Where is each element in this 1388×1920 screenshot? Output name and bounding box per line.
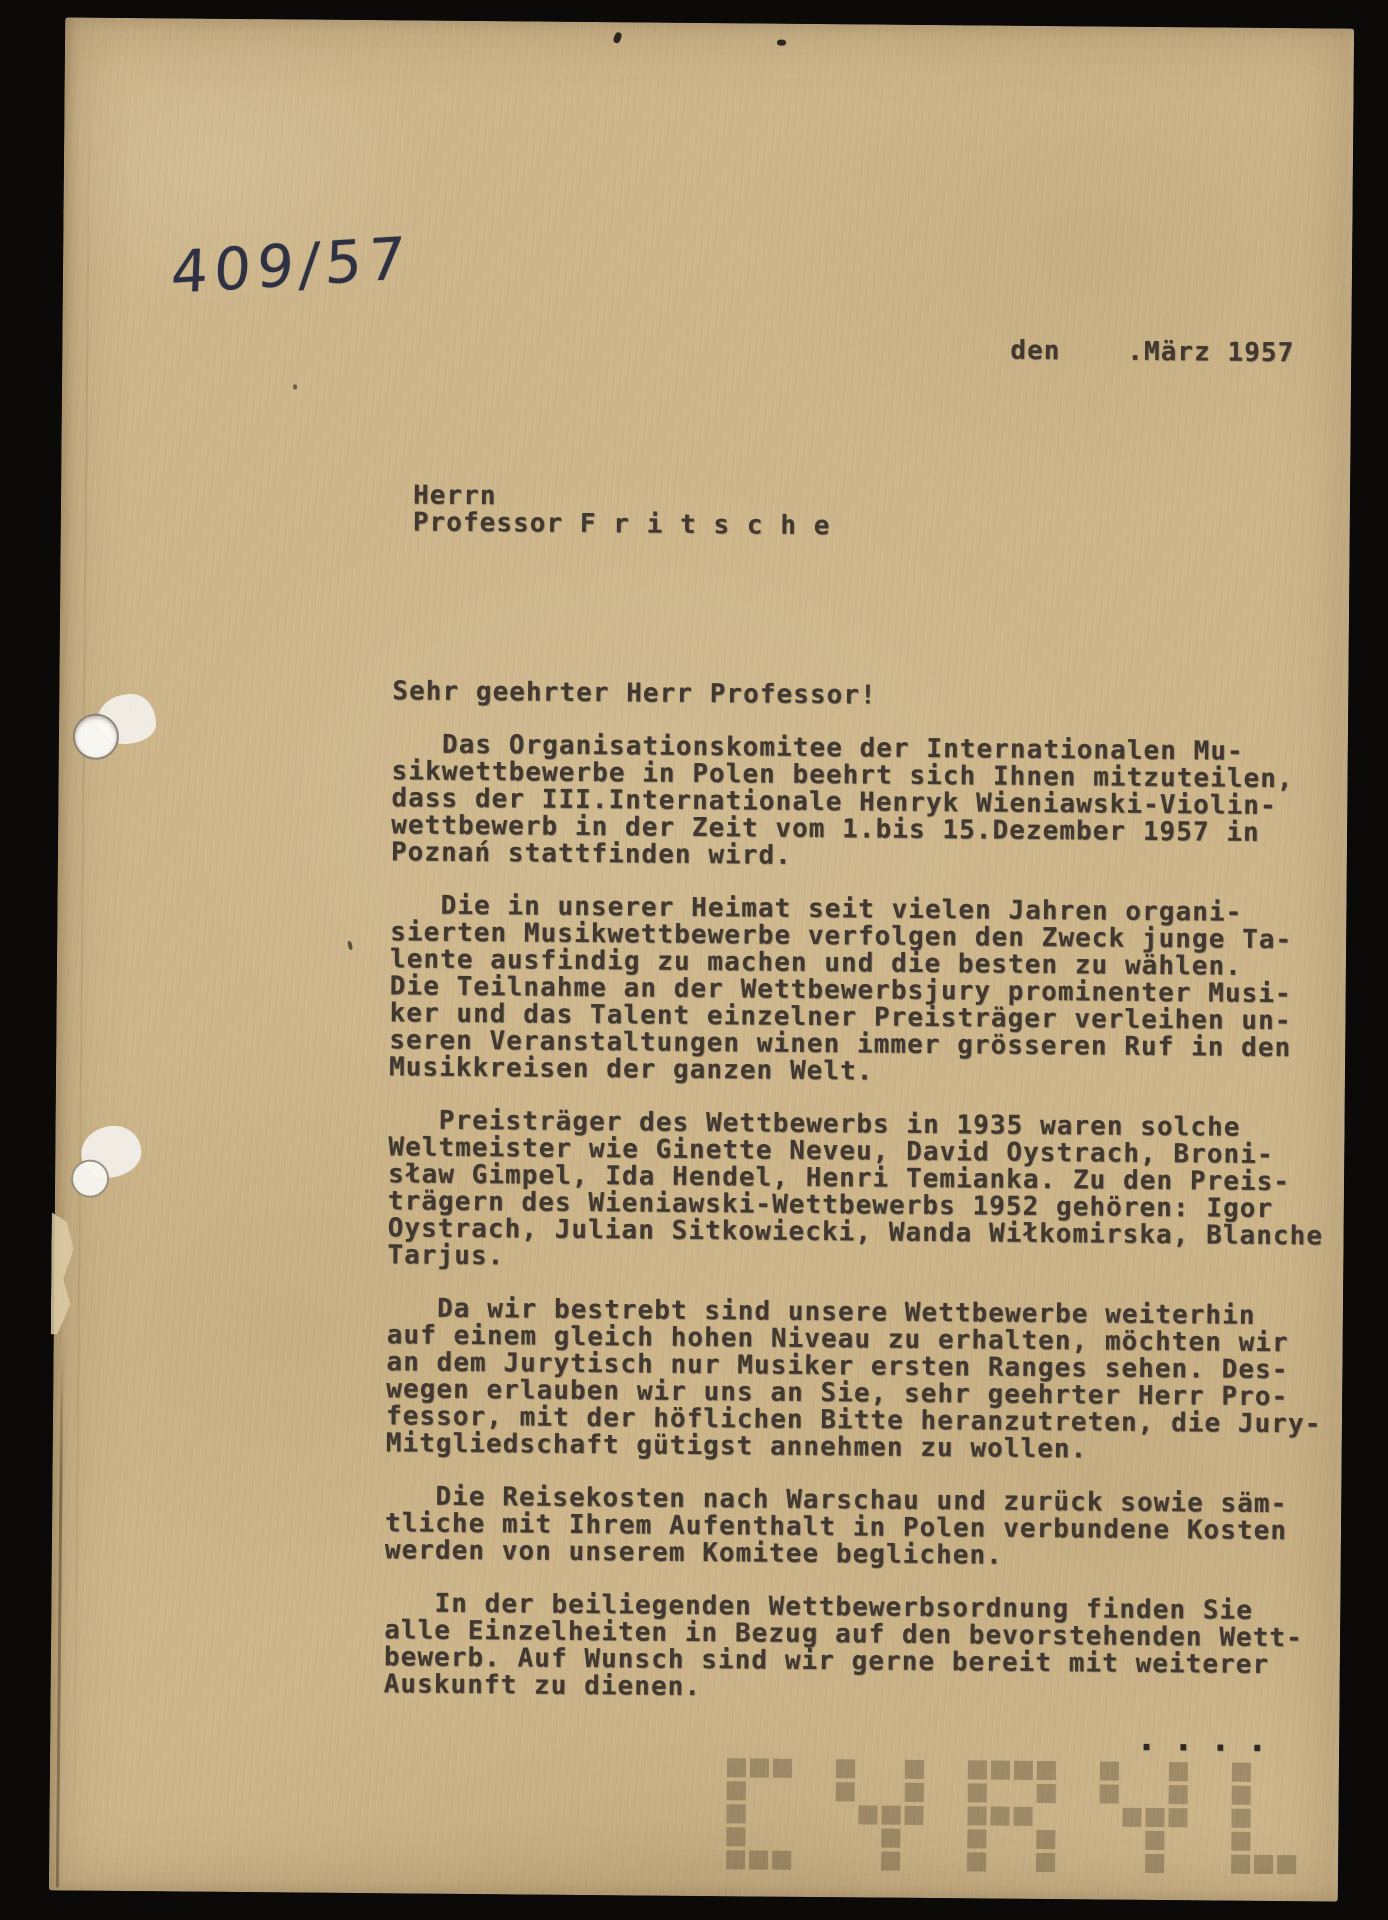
closing-dots: . . . . [1136, 1719, 1266, 1760]
letter-body: Sehr geehrter Herr Professor! Das Organi… [383, 678, 1327, 1732]
watermark-letter [835, 1759, 924, 1871]
salutation: Sehr geehrter Herr Professor! [392, 678, 1328, 713]
recipient-block: Herrn Professor F r i t s c h e [413, 482, 831, 540]
watermark-letter [1099, 1762, 1188, 1874]
watermark-letter [967, 1760, 1056, 1872]
paragraph-5: Die Reisekosten nach Warschau und zurück… [385, 1483, 1321, 1572]
paragraph-6: In der beiliegenden Wettbewerbsordnung f… [384, 1590, 1320, 1706]
ink-speck [777, 40, 786, 46]
letter-page: 409/57 den .März 1957 Herrn Professor F … [49, 17, 1354, 1901]
ink-speck [347, 941, 353, 951]
paper-edge-crease [56, 1347, 64, 1887]
date-line: den .März 1957 [1010, 338, 1294, 367]
watermark-letter [726, 1758, 792, 1870]
torn-paper-edge [51, 1212, 74, 1334]
paragraph-4: Da wir bestrebt sind unsere Wettbewerbe … [386, 1295, 1323, 1465]
cyryl-watermark [726, 1758, 1297, 1874]
paragraph-2: Die in unserer Heimat seit vielen Jahren… [389, 892, 1326, 1089]
hole-punch-reinforcement [73, 714, 119, 760]
paragraph-1: Das Organisationskomitee der Internation… [391, 731, 1328, 874]
handwritten-reference-number: 409/57 [170, 224, 413, 307]
ink-speck [293, 384, 297, 389]
ink-speck [612, 31, 622, 44]
hole-punch-reinforcement [71, 1160, 109, 1198]
watermark-letter [1231, 1763, 1297, 1875]
paragraph-3: Preisträger des Wettbewerbs in 1935 ware… [387, 1107, 1324, 1277]
paper-crease [73, 18, 91, 1891]
